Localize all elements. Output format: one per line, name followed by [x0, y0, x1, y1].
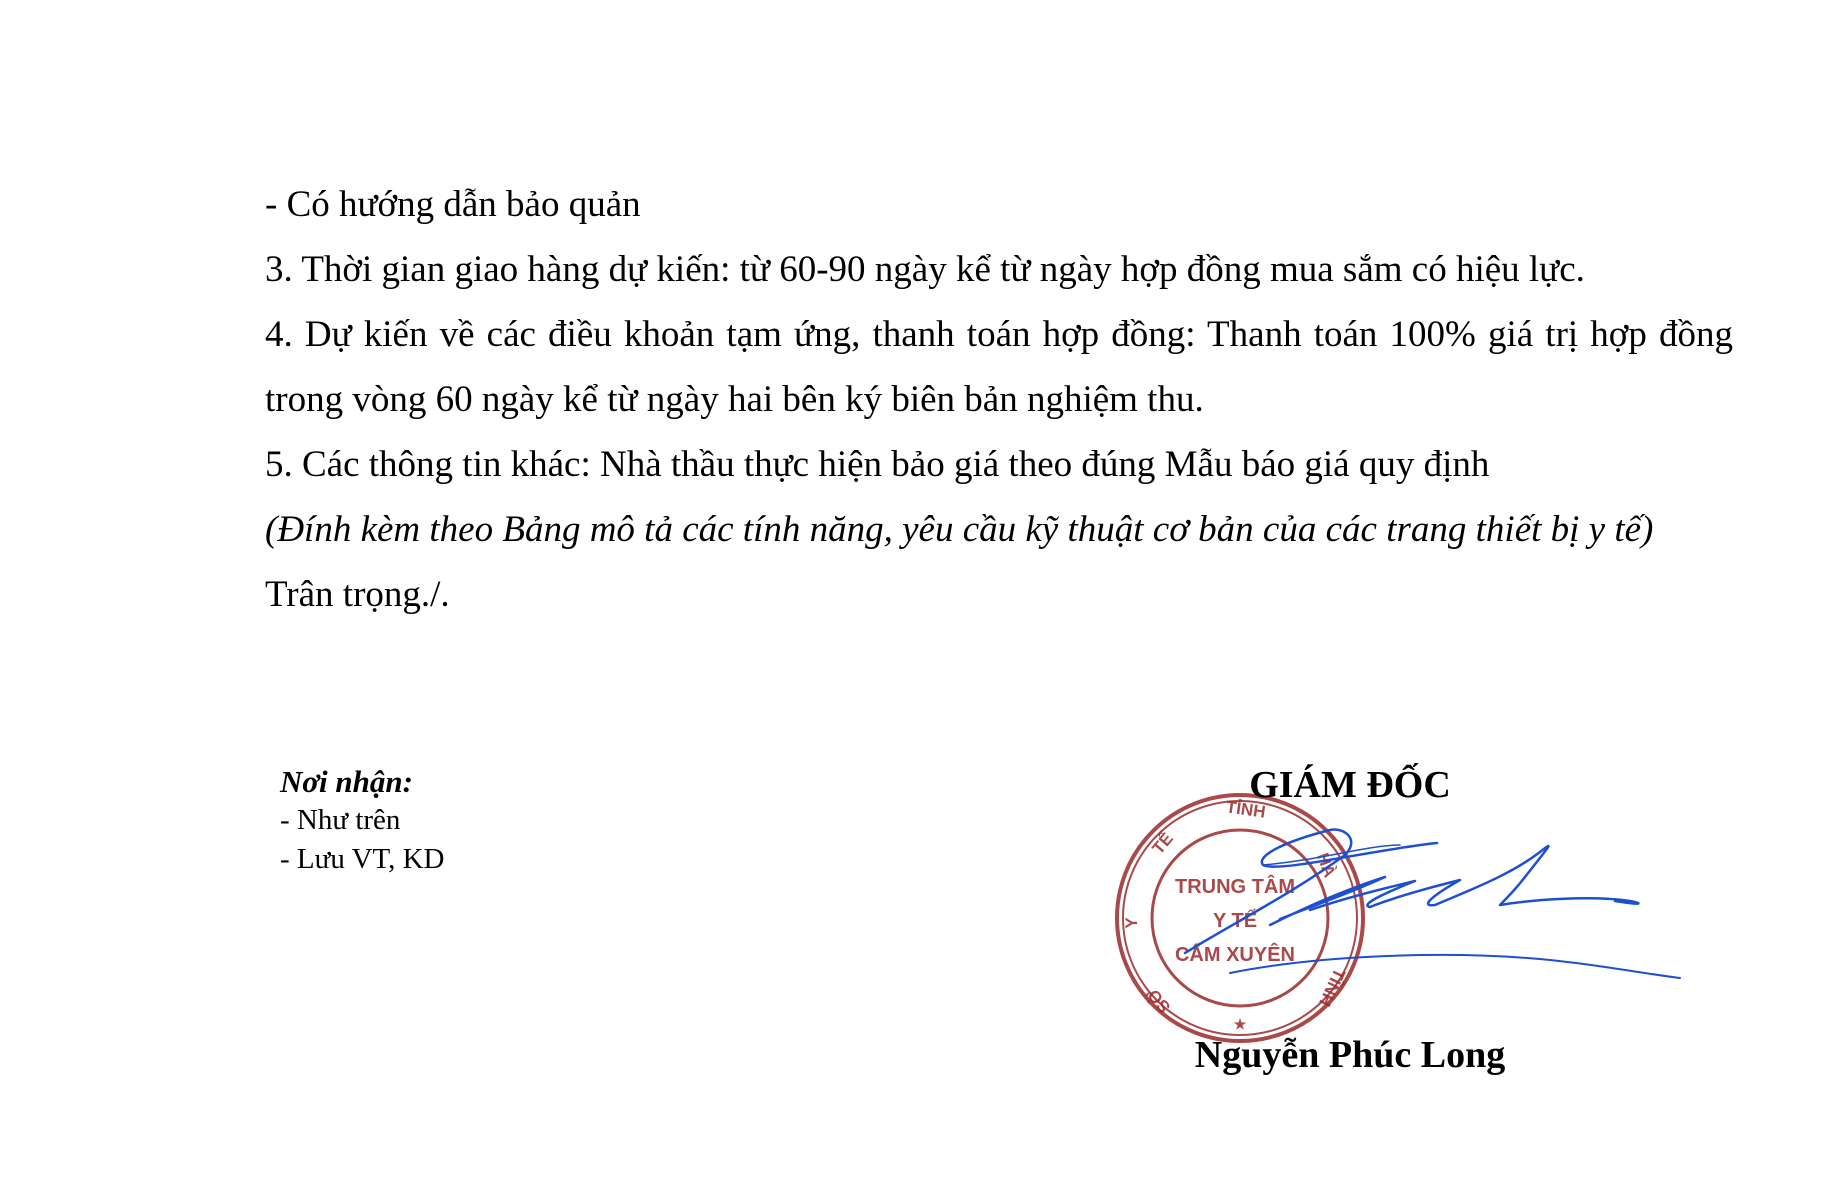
stamp-ring-text-y: Y — [1122, 917, 1141, 929]
recipient-item: - Lưu VT, KD — [280, 840, 444, 879]
paragraph-delivery-time: 3. Thời gian giao hàng dự kiến: từ 60-90… — [265, 237, 1733, 302]
paragraph-payment-terms: 4. Dự kiến về các điều khoản tạm ứng, th… — [265, 302, 1733, 432]
recipients-heading: Nơi nhận: — [280, 762, 444, 801]
handwritten-signature — [1170, 815, 1710, 995]
paragraph-attachment-note: (Đính kèm theo Bảng mô tả các tính năng,… — [265, 497, 1733, 562]
paragraph-storage-instructions: - Có hướng dẫn bảo quản — [265, 172, 1733, 237]
paragraph-other-info: 5. Các thông tin khác: Nhà thầu thực hiệ… — [265, 432, 1733, 497]
recipient-item: - Như trên — [280, 801, 444, 840]
signer-name: Nguyễn Phúc Long — [1090, 1030, 1610, 1080]
paragraph-closing: Trân trọng./. — [265, 562, 1733, 627]
letter-body: - Có hướng dẫn bảo quản 3. Thời gian gia… — [265, 172, 1733, 627]
recipients-block: Nơi nhận: - Như trên - Lưu VT, KD — [280, 762, 444, 879]
signer-title: GIÁM ĐỐC — [1090, 760, 1610, 810]
